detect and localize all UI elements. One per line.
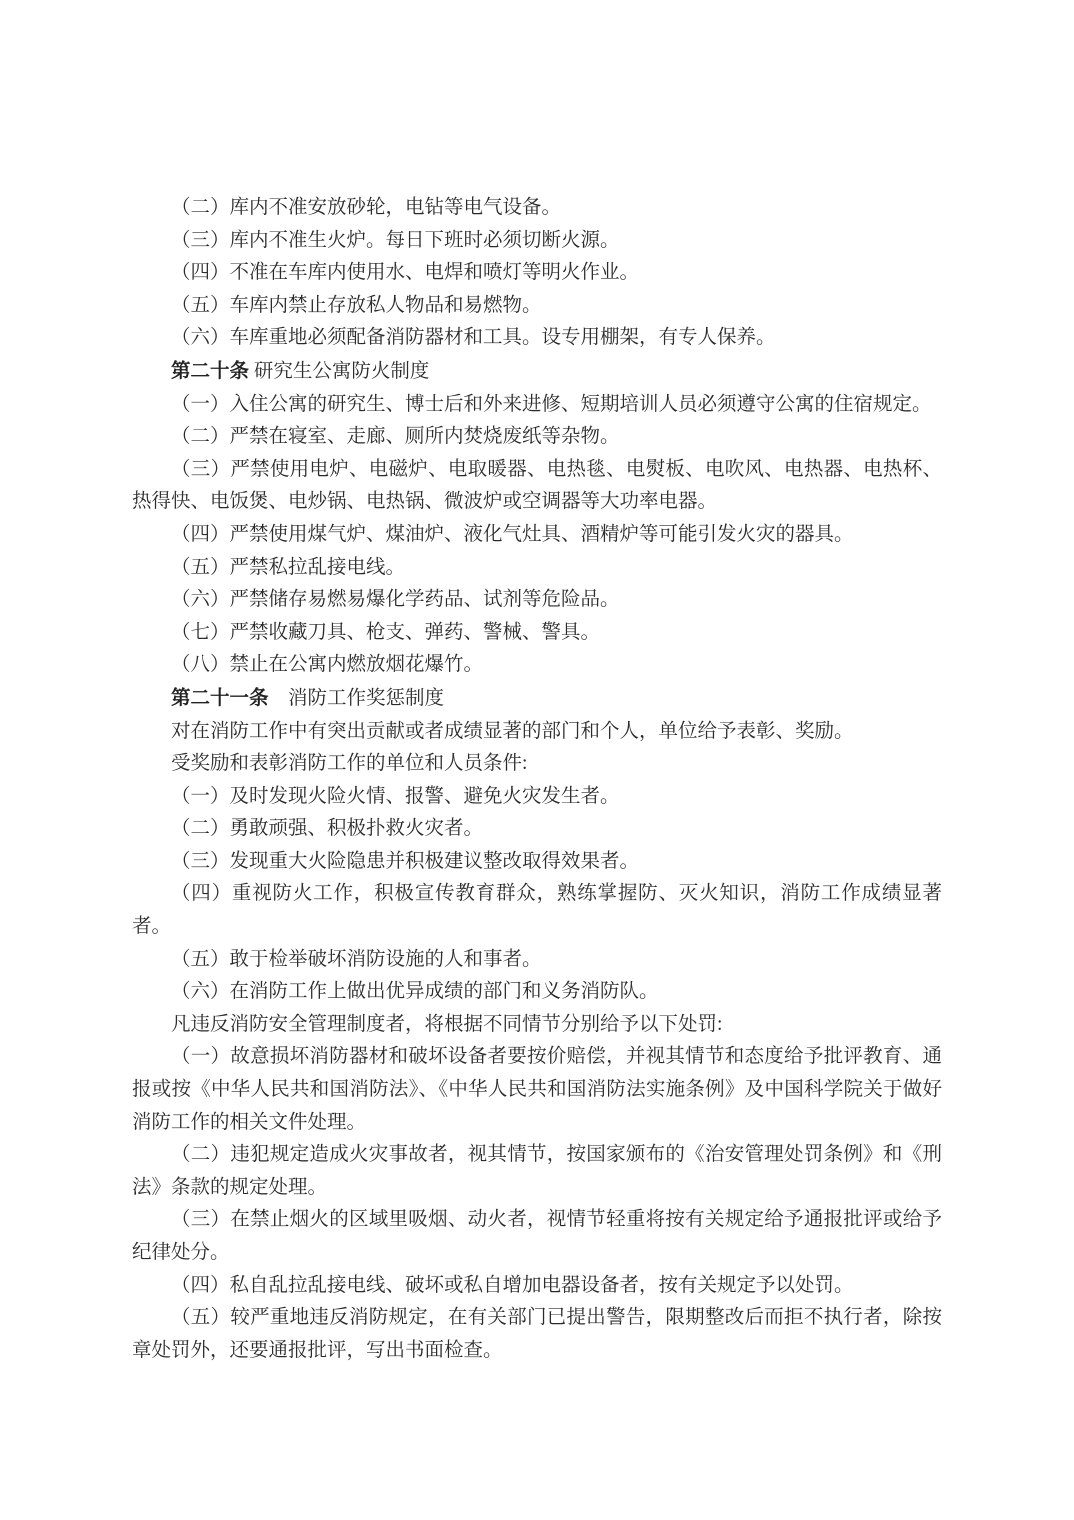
paragraph: （五）较严重地违反消防规定，在有关部门已提出警告，限期整改后而拒不执行者，除按章… — [132, 1302, 942, 1367]
paragraph: 对在消防工作中有突出贡献或者成绩显著的部门和个人，单位给予表彰、奖励。 — [132, 716, 942, 749]
document-page: （二）库内不准安放砂轮，电钻等电气设备。（三）库内不准生火炉。每日下班时必须切断… — [0, 0, 1074, 1520]
paragraph: （二）勇敢顽强、积极扑救火灾者。 — [132, 813, 942, 846]
paragraph: （三）在禁止烟火的区域里吸烟、动火者，视情节轻重将按有关规定给予通报批评或给予纪… — [132, 1204, 942, 1269]
paragraph: （四）私自乱拉乱接电线、破坏或私自增加电器设备者，按有关规定予以处罚。 — [132, 1270, 942, 1303]
paragraph: （六）车库重地必须配备消防器材和工具。设专用棚架，有专人保养。 — [132, 322, 942, 355]
paragraph: （二）库内不准安放砂轮，电钻等电气设备。 — [132, 192, 942, 225]
paragraph: （五）严禁私拉乱接电线。 — [132, 552, 942, 585]
paragraph: （三）库内不准生火炉。每日下班时必须切断火源。 — [132, 225, 942, 258]
heading-number: 第二十条 — [171, 360, 249, 382]
heading-title: 消防工作奖惩制度 — [288, 688, 444, 709]
paragraph: （二）严禁在寝室、走廊、厕所内焚烧废纸等杂物。 — [132, 421, 942, 454]
paragraph: 凡违反消防安全管理制度者，将根据不同情节分别给予以下处罚: — [132, 1009, 942, 1042]
paragraph: （七）严禁收藏刀具、枪支、弹药、警械、警具。 — [132, 617, 942, 650]
paragraph: （一）及时发现火险火情、报警、避免火灾发生者。 — [132, 781, 942, 814]
heading-number: 第二十一条 — [171, 687, 269, 709]
paragraph: （五）敢于检举破坏消防设施的人和事者。 — [132, 944, 942, 977]
section-heading: 第二十条 研究生公寓防火制度 — [132, 355, 942, 389]
heading-gap — [269, 688, 289, 709]
paragraph: （四）重视防火工作，积极宣传教育群众，熟练掌握防、灭火知识，消防工作成绩显著者。 — [132, 878, 942, 943]
paragraph: （三）严禁使用电炉、电磁炉、电取暖器、电热毯、电熨板、电吹风、电热器、电热杯、热… — [132, 454, 942, 519]
paragraph: （五）车库内禁止存放私人物品和易燃物。 — [132, 290, 942, 323]
paragraph: （四）不准在车库内使用水、电焊和喷灯等明火作业。 — [132, 257, 942, 290]
text-block: （二）库内不准安放砂轮，电钻等电气设备。（三）库内不准生火炉。每日下班时必须切断… — [132, 192, 942, 1367]
paragraph: （三）发现重大火险隐患并积极建议整改取得效果者。 — [132, 846, 942, 879]
paragraph: （六）严禁储存易燃易爆化学药品、试剂等危险品。 — [132, 584, 942, 617]
paragraph: （八）禁止在公寓内燃放烟花爆竹。 — [132, 649, 942, 682]
paragraph: （六）在消防工作上做出优异成绩的部门和义务消防队。 — [132, 976, 942, 1009]
paragraph: （一）故意损坏消防器材和破坏设备者要按价赔偿，并视其情节和态度给予批评教育、通报… — [132, 1041, 942, 1139]
paragraph: （一）入住公寓的研究生、博士后和外来进修、短期培训人员必须遵守公寓的住宿规定。 — [132, 389, 942, 422]
section-heading: 第二十一条 消防工作奖惩制度 — [132, 682, 942, 716]
paragraph: （二）违犯规定造成火灾事故者，视其情节，按国家颁布的《治安管理处罚条例》和《刑法… — [132, 1139, 942, 1204]
heading-title: 研究生公寓防火制度 — [254, 361, 430, 382]
paragraph: 受奖励和表彰消防工作的单位和人员条件: — [132, 748, 942, 781]
paragraph: （四）严禁使用煤气炉、煤油炉、液化气灶具、酒精炉等可能引发火灾的器具。 — [132, 519, 942, 552]
